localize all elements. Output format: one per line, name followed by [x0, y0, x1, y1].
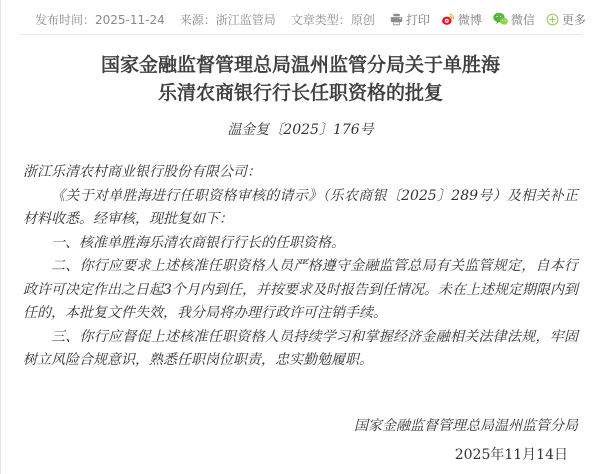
- signature-org: 国家金融监督管理总局温州监管分局: [23, 415, 578, 435]
- source-value: 浙江监管局: [216, 13, 276, 27]
- signature-date: 2025年11月14日: [23, 444, 578, 464]
- signature-block: 国家金融监督管理总局温州监管分局 2025年11月14日: [23, 415, 578, 464]
- article-page: 发布时间：2025-11-24 来源：浙江监管局 文章类型：原创 打印: [0, 0, 600, 474]
- document-number: 温金复〔2025〕176号: [23, 119, 578, 139]
- more-share-label: 更多: [562, 11, 586, 28]
- print-button[interactable]: 打印: [390, 11, 430, 28]
- document-title-line2: 乐清农商银行行长任职资格的批复: [158, 82, 443, 104]
- share-actions: 打印 微博: [390, 11, 586, 28]
- publish-time-value: 2025-11-24: [95, 13, 165, 27]
- wechat-share-button[interactable]: 微信: [493, 11, 535, 28]
- source: 来源：浙江监管局: [180, 11, 276, 28]
- printer-icon: [390, 13, 403, 26]
- more-share-icon: [546, 13, 559, 26]
- divider-line: [19, 34, 582, 35]
- document-content: 国家金融监督管理总局温州监管分局关于单胜海 乐清农商银行行长任职资格的批复 温金…: [1, 51, 600, 464]
- article-type-value: 原创: [351, 13, 375, 27]
- article-type: 文章类型：原创: [291, 11, 375, 28]
- wechat-icon: [493, 12, 508, 26]
- weibo-label: 微博: [458, 11, 482, 28]
- paragraph: 《关于对单胜海进行任职资格审核的请示》（乐农商银〔2025〕289号）及相关补正…: [23, 185, 578, 232]
- paragraph: 二、你行应要求上述核准任职资格人员严格遵守金融监管总局有关监管规定，自本行政许可…: [23, 255, 578, 326]
- source-label: 来源：: [180, 13, 216, 27]
- article-type-label: 文章类型：: [291, 13, 351, 27]
- paragraph: 三、你行应督促上述核准任职资格人员持续学习和掌握经济金融相关法律法规，牢固树立风…: [23, 326, 578, 373]
- print-label: 打印: [406, 11, 430, 28]
- more-share-button[interactable]: 更多: [546, 11, 586, 28]
- weibo-share-button[interactable]: 微博: [441, 11, 482, 28]
- document-title-line1: 国家金融监督管理总局温州监管分局关于单胜海: [101, 54, 500, 76]
- document-body: 浙江乐清农村商业银行股份有限公司： 《关于对单胜海进行任职资格审核的请示》（乐农…: [23, 161, 578, 373]
- weibo-icon: [441, 12, 455, 26]
- publish-time-label: 发布时间：: [35, 13, 95, 27]
- document-title: 国家金融监督管理总局温州监管分局关于单胜海 乐清农商银行行长任职资格的批复: [61, 51, 540, 107]
- meta-bar: 发布时间：2025-11-24 来源：浙江监管局 文章类型：原创 打印: [1, 0, 600, 28]
- publish-time: 发布时间：2025-11-24: [35, 11, 165, 28]
- recipient-line: 浙江乐清农村商业银行股份有限公司：: [23, 161, 578, 185]
- paragraph: 一、核准单胜海乐清农商银行行长的任职资格。: [23, 232, 578, 256]
- wechat-label: 微信: [511, 11, 535, 28]
